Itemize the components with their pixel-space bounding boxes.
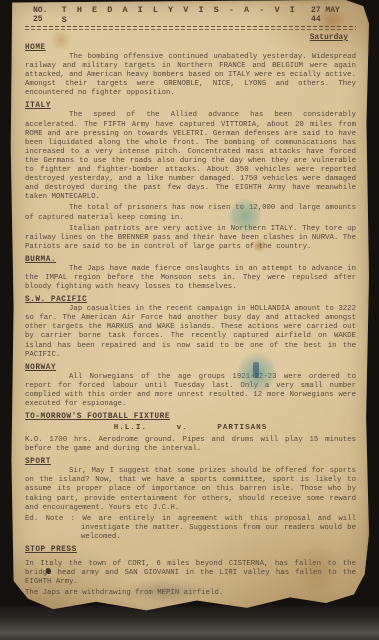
paragraph: Italian patriots are very active in Nort… [25, 225, 356, 252]
section-heading: SPORT [25, 458, 356, 466]
editor-note: Ed. Note : We are entirely in agreement … [25, 515, 356, 542]
masthead: NO. 25 T H E D A I L Y V I S - A - V I S… [25, 2, 356, 26]
paragraph: The speed of the Allied advance has been… [25, 111, 356, 202]
section-heading: STOP PRESS [25, 546, 356, 554]
newsletter-page: NO. 25 T H E D A I L Y V I S - A - V I S… [10, 0, 369, 614]
photo-background-strip [0, 606, 379, 640]
section-italy: ITALY The speed of the Allied advance ha… [25, 102, 356, 251]
section-sport: SPORT Sir, May I suggest that some prize… [25, 458, 356, 542]
paper-speck [46, 568, 51, 574]
paragraph: The Japs have made fierce onslaughts in … [25, 265, 356, 292]
issue-date: 27 MAY 44 [311, 6, 354, 24]
section-home: HOME The bombing offensive continued una… [25, 44, 356, 98]
section-burma: BURMA. The Japs have made fierce onslaug… [25, 256, 356, 292]
fixture-away-team: PARTISANS [217, 424, 267, 432]
day-of-week: Saturday [25, 33, 356, 42]
section-heading: S.W. PACIFIC [25, 296, 356, 304]
section-norway: NORWAY All Norwegians of the age groups … [25, 364, 356, 409]
paragraph: K.O. 1700 hrs. Aerodrome ground. Pipes a… [25, 436, 356, 454]
fixture-line: H.L.I. v. PARTISANS [25, 424, 356, 432]
paragraph: In Italy the town of CORI, 6 miles beyon… [25, 560, 356, 587]
paragraph: Sir, May I suggest that some prizes shou… [25, 467, 356, 512]
section-heading: TO-MORROW'S FOOTBALL FIXTURE [25, 413, 356, 421]
paragraph: All Norwegians of the age groups 1921-22… [25, 373, 356, 409]
paragraph: The bombing offensive continued unabated… [25, 53, 356, 98]
section-heading: BURMA. [25, 256, 356, 264]
section-football-fixture: TO-MORROW'S FOOTBALL FIXTURE H.L.I. v. P… [25, 413, 356, 454]
section-heading: ITALY [25, 102, 356, 110]
masthead-divider [25, 26, 356, 31]
section-heading: HOME [25, 44, 356, 52]
section-heading: NORWAY [25, 364, 356, 372]
fixture-versus: v. [177, 424, 188, 432]
newsletter-title: T H E D A I L Y V I S - A - V I S [62, 5, 311, 25]
section-sw-pacific: S.W. PACIFIC Jap casualties in the recen… [25, 296, 356, 360]
paragraph: The Japs are withdrawing from MEPIN airf… [25, 589, 356, 598]
paragraph: Jap casualties in the recent campaign in… [25, 305, 356, 360]
section-stop-press: STOP PRESS In Italy the town of CORI, 6 … [25, 546, 356, 598]
paragraph: The total of prisoners has now risen to … [25, 204, 356, 222]
issue-number: NO. 25 [33, 6, 62, 24]
fixture-home-team: H.L.I. [114, 424, 147, 432]
